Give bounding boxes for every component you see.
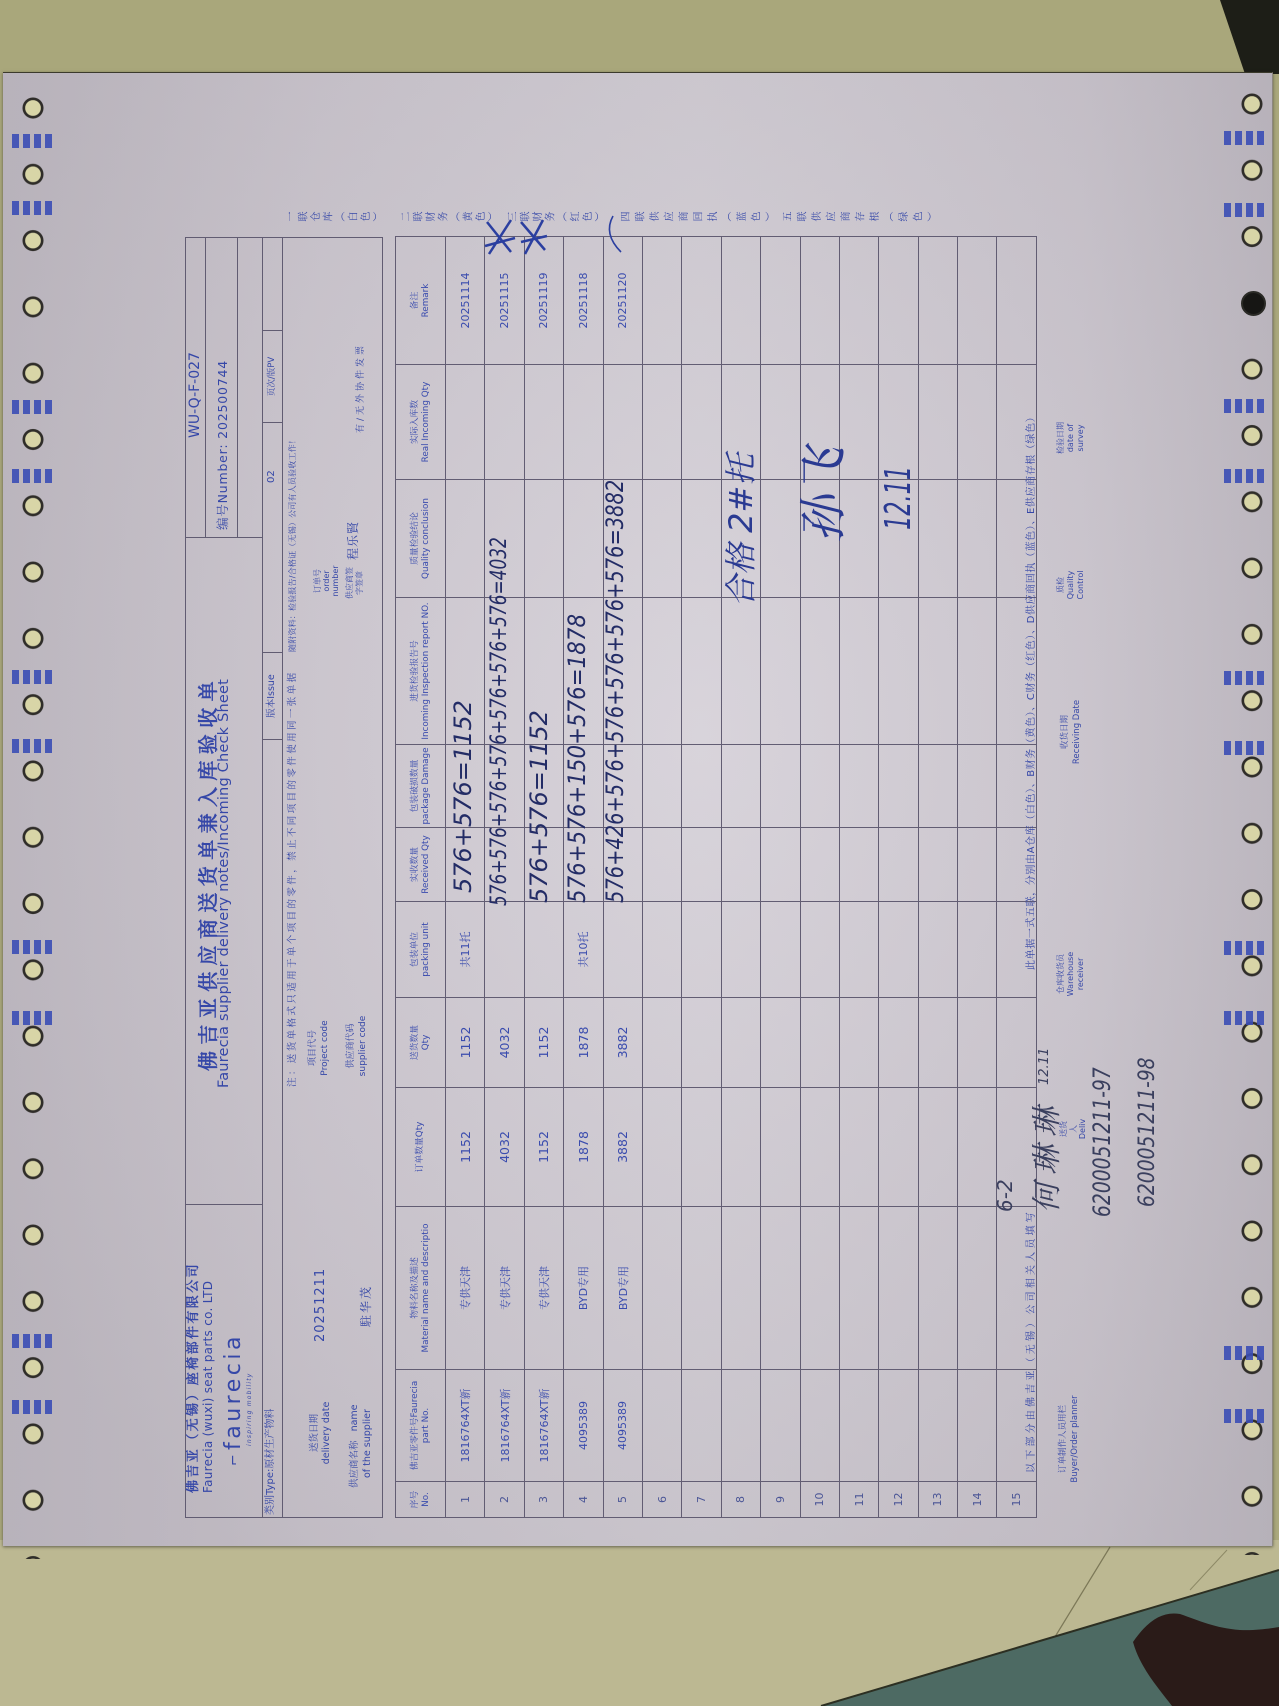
cell-packing-unit [524,902,563,998]
col-header-part-no: 佛吉亚零件号Faureciapart No. [396,1370,446,1482]
supplier-name-label-en1: name [349,1404,360,1431]
empty-cell [682,745,721,828]
header-cn: 质量检验结论 [410,480,421,597]
handwritten-sum-row-5: 576+426+576+576+576+576+576=3882 [603,480,627,903]
copy-label-1: 一联仓库（白色） [285,211,385,226]
empty-cell [839,1207,878,1370]
empty-cell [800,745,839,828]
cell-real-incoming-qty [564,365,603,480]
empty-cell [761,480,800,598]
copy-label-4: 四联供应商回执（蓝色） [620,211,780,226]
empty-cell [682,902,721,998]
cell-no: 10 [800,1482,839,1518]
empty-cell [958,598,997,745]
empty-cell [800,1088,839,1207]
cell-packing-unit: 共10托 [564,902,603,998]
header-en: Incoming Inspection report NO. [421,598,432,744]
buyer-label: 订单制作人员用栏 Buyer/Order planner [1057,1393,1081,1485]
empty-cell [918,745,957,828]
empty-cell [761,998,800,1088]
cell-part-no: 1816764XT新 [485,1370,524,1482]
cell-no: 7 [682,1482,721,1518]
table-row: 12 [879,237,918,1518]
empty-cell [879,998,918,1088]
cell-no: 11 [839,1482,878,1518]
empty-cell [958,745,997,828]
table-header-row: 序号No. 佛吉亚零件号Faureciapart No. 物料名称及描述Mate… [396,237,446,1518]
perforation-label-right [1224,1011,1266,1025]
cell-delivery-qty: 1878 [564,998,603,1088]
divider [185,537,262,538]
handwritten-inspection-date: 12.11 [881,466,917,530]
cell-no: 6 [642,1482,681,1518]
table-row: 11 [839,237,878,1518]
supplier-code-label-cn: 供应商代码 [345,1006,357,1086]
empty-cell [721,1370,760,1482]
empty-cell [839,1088,878,1207]
delivery-date-label-cn: 送货日期 [309,1396,321,1470]
supplier-name-label-cn: 供应商名称 [349,1440,360,1488]
quality-control-label-cn: 质检 [1056,564,1066,606]
empty-cell [721,598,760,745]
cell-delivery-qty: 3882 [603,998,642,1088]
col-header-no: 序号No. [396,1482,446,1518]
empty-cell [642,598,681,745]
cell-delivery-qty: 4032 [485,998,524,1088]
perforation-label-right [1224,1409,1266,1423]
empty-cell [761,1088,800,1207]
perforation-label-right [1224,941,1266,955]
empty-cell [958,1207,997,1370]
quality-control-label-en2: Control [1076,564,1086,606]
empty-cell [682,1370,721,1482]
empty-cell [958,1370,997,1482]
page-title-en: Faurecia supplier delivery notes/Incomin… [217,679,232,1088]
perforation-label-left [12,1011,54,1025]
empty-cell [958,237,997,365]
page-label: 页次/版PV [267,357,277,396]
cell-no: 13 [918,1482,957,1518]
table-row: 13 [918,237,957,1518]
empty-cell [682,1207,721,1370]
col-header-material: 物料名称及描述Material name and descriptio [396,1207,446,1370]
cell-material: 专供天津 [485,1207,524,1370]
perforation-label-left [12,469,54,483]
header-en: package Damage [421,745,432,827]
cell-delivery-qty: 1152 [446,998,485,1088]
empty-cell [879,745,918,828]
empty-cell [761,237,800,365]
empty-cell [958,998,997,1088]
cell-packing-unit: 共11托 [446,902,485,998]
table-row: 8 [721,237,760,1518]
issue-value: 02 [267,470,277,483]
receiving-date-label-cn: 收货日期 [1059,694,1071,770]
handwritten-sum-row-4: 576+576+150+576=1878 [565,614,589,903]
perforation-label-left [12,134,54,148]
form-number: 编号Number: 202500744 [217,360,230,530]
empty-cell [642,745,681,828]
survey-date-label-cn: 检验日期 [1056,412,1066,464]
empty-cell [800,828,839,902]
copy-label-2: 二联财务（黄色） [400,211,500,226]
perforation-label-right [1224,741,1266,755]
divider [262,237,263,1518]
empty-cell [879,1207,918,1370]
cell-quality-conclusion [524,480,563,598]
cell-part-no: 4095389 [603,1370,642,1482]
cell-real-incoming-qty [603,365,642,480]
desk-surface-top [0,0,1279,80]
empty-cell [958,828,997,902]
table-row: 14 [958,237,997,1518]
empty-cell [918,998,957,1088]
empty-cell [642,237,681,365]
empty-cell [879,902,918,998]
issue-cell: 版本Issue [262,652,283,740]
empty-cell [958,365,997,480]
cell-material: 专供天津 [446,1207,485,1370]
supplier-name-label-en2: of the supplier [361,1404,374,1488]
handwritten-sum-row-2: 576+576+576+576+576+576+576=4032 [489,537,511,906]
type-label: 类别Type:原材生产物料 [266,1409,276,1515]
empty-cell [918,365,957,480]
empty-cell [800,998,839,1088]
empty-cell [839,1370,878,1482]
invoice-note: 有/无外协件发票 [357,343,366,433]
perforation-label-right [1224,203,1266,217]
perforation-label-left [12,1334,54,1348]
header-cn: 物料名称及描述 [410,1207,421,1369]
empty-cell [918,1088,957,1207]
empty-cell [800,902,839,998]
empty-cell [761,902,800,998]
empty-cell [642,902,681,998]
perforation-label-right [1224,671,1266,685]
perforation-label-left [12,670,54,684]
delivery-date-value: 20251211 [314,1268,327,1342]
empty-cell [879,365,918,480]
empty-cell [642,1370,681,1482]
survey-date-label-en1: date of [1066,412,1076,464]
warehouse-label-en1: Warehouse [1066,944,1076,1004]
col-header-inspection-report: 进货检验报告号Incoming Inspection report NO. [396,598,446,745]
empty-cell [839,828,878,902]
cell-order-qty: 1878 [564,1088,603,1207]
supplier-name-label-line1: 供应商名称 name [348,1404,361,1488]
buyer-label-en: Buyer/Order planner [1069,1393,1081,1485]
empty-cell [682,365,721,480]
format-note: 注：送货单格式只适用于单个项目的零件，禁止不同项目的零件使用同一张单据 [288,670,298,1087]
cell-no: 5 [603,1482,642,1518]
empty-cell [839,598,878,745]
header-cn: 包装单位 [410,902,421,997]
perforation-label-right [1224,399,1266,413]
logo-mark-icon: ⌐ [227,1454,241,1466]
header-en: part No. [421,1370,432,1481]
faurecia-logo: faurecia [223,1333,245,1450]
copy-label-5: 五联供应商存根（绿色） [782,211,942,226]
project-code-label-en: Project code [319,1010,331,1086]
header-en: Remark [421,237,432,364]
empty-cell [682,598,721,745]
table-row: 7 [682,237,721,1518]
empty-cell [761,828,800,902]
quality-control-label: 质检 Quality Control [1056,564,1086,606]
cell-packing-unit [603,902,642,998]
project-code-label-cn: 项目代号 [307,1010,319,1086]
empty-cell [642,365,681,480]
survey-date-label: 检验日期 date of survey [1056,412,1086,464]
empty-cell [879,828,918,902]
empty-cell [879,598,918,745]
order-number-label-cn: 订单号 [313,560,322,602]
empty-cell [761,598,800,745]
header-en: packing unit [421,902,432,997]
cell-no: 15 [997,1482,1036,1518]
empty-cell [918,598,957,745]
col-header-packing-unit: 包装单位packing unit [396,902,446,998]
empty-cell [761,1207,800,1370]
delivery-date-label: 送货日期 delivery date [309,1396,333,1470]
cell-order-qty: 3882 [603,1088,642,1207]
cell-no: 12 [879,1482,918,1518]
header-en: No. [421,1482,432,1517]
cell-order-qty: 4032 [485,1088,524,1207]
empty-cell [839,745,878,828]
issue-label: 版本Issue [266,674,277,718]
cell-no: 9 [761,1482,800,1518]
col-header-delivery-qty: 送货数量Qty [396,998,446,1088]
order-number-label-en2: number [331,560,340,602]
tractor-hole-dark [1241,291,1266,316]
empty-cell [800,1370,839,1482]
delivery-check-sheet: 佛吉亚（无锡）座椅部件有限公司 Faurecia (wuxi) seat par… [185,237,1185,1518]
handwritten-sum-row-1: 576+576=1152 [451,700,475,893]
perforation-label-left [12,400,54,414]
internal-use-note: 以下部分由佛吉亚（无锡）公司相关人员填写 [1027,1209,1037,1473]
empty-cell [918,1370,957,1482]
col-header-quality-conclusion: 质量检验结论Quality conclusion [396,480,446,598]
receiving-date-label: 收货日期 Receiving Date [1059,694,1083,770]
requirement-note: 随附资料：检验报告/合格证（无锡）公司有人员验收工作！ [289,436,297,652]
table-row: 6 [642,237,681,1518]
perforation-label-left [12,940,54,954]
cell-order-qty: 1152 [524,1088,563,1207]
header-en: Material name and descriptio [421,1207,432,1369]
empty-cell [642,1207,681,1370]
handwritten-page-mark: 6-2 [995,1179,1015,1212]
handwritten-reference-number-1: 6200051211-97 [1090,1067,1114,1217]
empty-cell [721,902,760,998]
survey-date-label-en2: survey [1076,412,1086,464]
handwritten-reference-number-2: 6200051211-98 [1137,1057,1159,1207]
header-en: Qty [421,998,432,1087]
order-number-label-en1: order [322,560,331,602]
page-cell: 页次/版PV [262,330,283,423]
supplier-name-value: 駐华茂 [360,1285,372,1327]
empty-cell [721,237,760,365]
receiving-date-label-en: Receiving Date [1071,694,1083,770]
copy-label-3: 三联财务（红色） [507,211,607,226]
empty-cell [879,1088,918,1207]
order-number-label: 订单号 order number [313,560,340,602]
warehouse-label-cn: 仓库收货员 [1056,944,1066,1004]
cell-part-no: 1816764XT新 [524,1370,563,1482]
project-code-label: 项目代号 Project code [307,1010,331,1086]
empty-cell [682,828,721,902]
cell-no: 1 [446,1482,485,1518]
header-cn: 包装破损数量 [410,745,421,827]
handwritten-inspector-signature: 孙飞 [800,447,848,543]
form-number-value: 202500744 [215,360,230,439]
empty-cell [800,1207,839,1370]
empty-cell [682,998,721,1088]
cell-material: BYD专用 [564,1207,603,1370]
cell-quality-conclusion [446,480,485,598]
empty-cell [682,237,721,365]
cell-material: BYD专用 [603,1207,642,1370]
header-en: Quality conclusion [421,480,432,597]
empty-cell [800,237,839,365]
header-cn: 实际入库数 [410,365,421,479]
header-en: Received Qty [421,828,432,901]
empty-cell [761,365,800,480]
warehouse-receiver-label: 仓库收货员 Warehouse receiver [1056,944,1086,1004]
empty-cell [682,480,721,598]
header-cn: 佛吉亚零件号Faurecia [410,1370,421,1481]
empty-cell [800,598,839,745]
cell-real-incoming-qty [524,365,563,480]
cell-no: 8 [721,1482,760,1518]
header-cn: 进货检验报告号 [410,598,421,744]
empty-cell [918,902,957,998]
supplier-name-label: 供应商名称 name of the supplier [348,1404,374,1488]
cell-real-incoming-qty [446,365,485,480]
supplier-signature-label: 供应商签 字签章 [345,562,365,604]
perforation-label-right [1224,469,1266,483]
empty-cell [721,745,760,828]
header-cn: 送货数量 [410,998,421,1087]
cell-material: 专供天津 [524,1207,563,1370]
empty-cell [721,1088,760,1207]
empty-cell [997,237,1036,365]
cell-no: 14 [958,1482,997,1518]
cell-quality-conclusion [564,480,603,598]
empty-cell [721,998,760,1088]
form-code: WU-Q-F-027 [188,352,202,438]
empty-cell [958,902,997,998]
perforation-label-right [1224,1346,1266,1360]
perforation-label-left [12,201,54,215]
cell-delivery-qty: 1152 [524,998,563,1088]
empty-cell [839,237,878,365]
empty-cell [761,745,800,828]
empty-cell [642,1088,681,1207]
perforation-label-left [12,739,54,753]
empty-cell [918,828,957,902]
empty-cell [839,902,878,998]
buyer-label-cn: 订单制作人员用栏 [1057,1393,1069,1485]
header-en: Real Incoming Qty [421,365,432,479]
empty-cell [879,237,918,365]
header-cn: 序号 [410,1482,421,1517]
perforation-label-left [12,1400,54,1414]
deliverer-label-en: Deliv [1078,1114,1088,1144]
col-header-package-damage: 包装破损数量package Damage [396,745,446,828]
company-name-en: Faurecia (wuxi) seat parts co. LTD [202,1281,214,1493]
empty-cell [958,1088,997,1207]
delivery-date-label-en: delivery date [321,1396,333,1470]
perforation-label-right [1224,131,1266,145]
table-row: 10 [800,237,839,1518]
empty-cell [682,1088,721,1207]
empty-cell [642,828,681,902]
empty-cell [642,480,681,598]
handwritten-deliverer-date: 12.11 [1038,1048,1051,1085]
supplier-signature-label-2: 字签章 [355,562,365,604]
logo-tagline: inspiring mobility [247,1372,253,1446]
empty-cell [918,237,957,365]
empty-cell [761,1370,800,1482]
cell-part-no: 4095389 [564,1370,603,1482]
col-header-received-qty: 实收数量Received Qty [396,828,446,902]
supplier-signature-label-1: 供应商签 [345,562,355,604]
cell-packing-unit [485,902,524,998]
table-row: 9 [761,237,800,1518]
cell-remark: 20251114 [446,237,485,365]
handwritten-quality-conclusion: 合格 2#托 [725,454,757,607]
empty-cell [879,1370,918,1482]
cell-real-incoming-qty [485,365,524,480]
cell-no: 2 [485,1482,524,1518]
col-header-remark: 备注Remark [396,237,446,365]
empty-cell [839,998,878,1088]
supplier-code-label-en: supplier code [357,1006,369,1086]
header-cn: 备注 [410,237,421,364]
deliverer-label-cn2: 人 [1069,1114,1079,1144]
handwritten-deliverer-signature: 何琳琳 [1033,1099,1063,1213]
copies-note: 此单据一式五联，分别由A仓库（白色）、B财务（黄色）、C财务（红色）、D供应商回… [1027,412,1037,970]
form-number-label: 编号Number: [215,444,230,530]
empty-cell [997,998,1036,1088]
cell-no: 4 [564,1482,603,1518]
divider [205,237,206,538]
empty-cell [958,480,997,598]
empty-cell [642,998,681,1088]
cell-order-qty: 1152 [446,1088,485,1207]
warehouse-label-en2: receiver [1076,944,1086,1004]
company-name-cn: 佛吉亚（无锡）座椅部件有限公司 [187,1262,200,1493]
empty-cell [721,1207,760,1370]
col-header-order-qty: 订单数量Qty [396,1088,446,1207]
handwritten-sum-row-3: 576+576=1152 [527,710,551,903]
supplier-code-label: 供应商代码 supplier code [345,1006,369,1086]
empty-cell [918,1207,957,1370]
divider [185,1204,262,1205]
empty-cell [918,480,957,598]
col-header-real-incoming-qty: 实际入库数Real Incoming Qty [396,365,446,480]
page-title-cn: 佛吉亚供应商送货单兼入库验收单 [198,675,218,1071]
empty-cell [721,828,760,902]
quality-control-label-en1: Quality [1066,564,1076,606]
header-cn: 订单数量Qty [415,1088,426,1206]
supplier-signature-stamp: 程乐賢 [347,521,359,560]
header-cn: 实收数量 [410,828,421,901]
cell-no: 3 [524,1482,563,1518]
cell-part-no: 1816764XT新 [446,1370,485,1482]
divider [237,237,238,538]
